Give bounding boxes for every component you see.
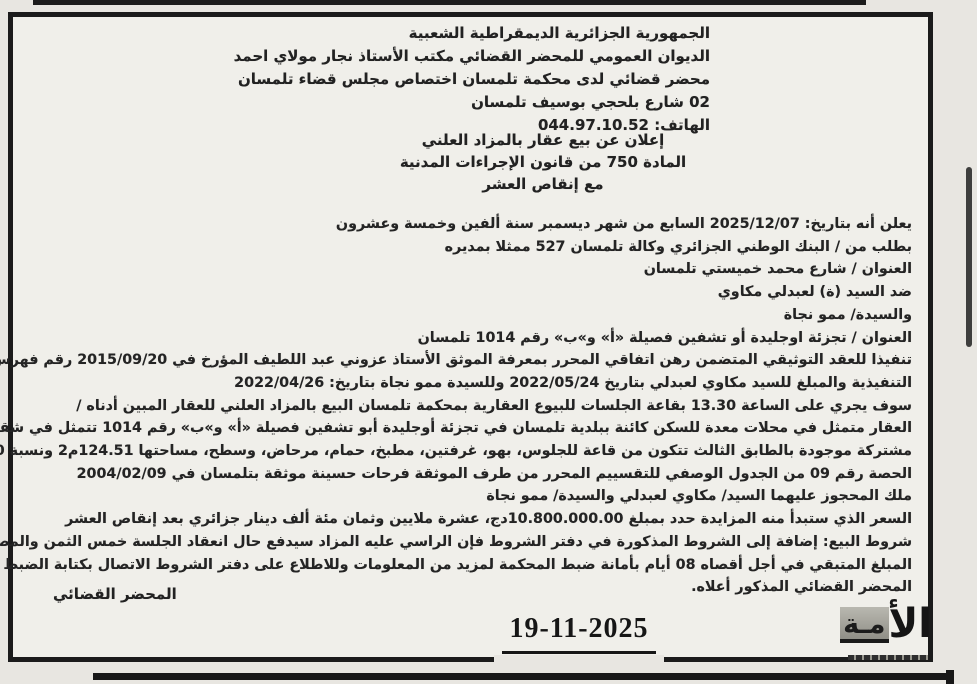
adjacent-frame-edge-bottom [93, 673, 948, 680]
notice-header: الجمهورية الجزائرية الديمقراطية الشعبية … [238, 22, 710, 137]
republic-title: الجمهورية الجزائرية الديمقراطية الشعبية [286, 22, 710, 45]
body-line: الحصة رقم 09 من الجدول الوصفي للتقسييم ا… [0, 463, 912, 486]
logo-text-ma: مـة [840, 607, 888, 643]
body-line: تنفيذا للعقد التوثيقي المتضمن رهن اتفاقي… [0, 349, 912, 372]
body-line: السعر الذي ستبدأ منه المزايدة حدد بمبلغ … [0, 508, 912, 531]
publication-date: 19-11-2025 [497, 613, 661, 645]
notice-title-line2: المادة 750 من قانون الإجراءات المدنية [383, 151, 703, 173]
body-line: بطلب من / البنك الوطني الجزائري وكالة تل… [0, 236, 912, 259]
notice-title: إعلان عن بيع عقار بالمزاد العلني المادة … [383, 129, 703, 195]
body-line: مشتركة موجودة بالطابق الثالث تتكون من قا… [0, 440, 912, 463]
body-line: يعلن أنه بتاريخ: 2025/12/07 السابع من شه… [0, 213, 912, 236]
logo-tagline-wrap [810, 647, 932, 663]
body-line: والسيدة/ ممو نجاة [0, 304, 912, 327]
body-line: شروط البيع: إضافة إلى الشروط المذكورة في… [0, 531, 912, 554]
newspaper-logo: الأمـة [810, 604, 932, 663]
body-line: العنوان / شارع محمد خميستي تلمسان [0, 258, 912, 281]
body-line: العنوان / تجزئة اوجليدة أو تشفين فصيلة «… [0, 327, 912, 350]
border-gap [494, 655, 664, 669]
body-line: ملك المحجوز عليهما السيد/ مكاوي لعبدلي و… [0, 485, 912, 508]
notice-title-line1: إعلان عن بيع عقار بالمزاد العلني [383, 129, 703, 151]
body-line: سوف يجري على الساعة 13.30 بقاعة الجلسات … [0, 395, 912, 418]
date-underline [502, 651, 656, 654]
body-line: التنفيذية والمبلغ للسيد مكاوي لعبدلي بتا… [0, 372, 912, 395]
logo-text-alef: الأ [889, 601, 933, 647]
signature-line: المحضر القضائي [53, 585, 177, 603]
adjacent-frame-corner [946, 670, 954, 684]
auction-notice-frame: الجمهورية الجزائرية الديمقراطية الشعبية … [8, 12, 933, 662]
scanned-newspaper-clipping: الجمهورية الجزائرية الديمقراطية الشعبية … [0, 0, 977, 684]
logo-tagline [848, 655, 928, 660]
scan-artifact-streak [966, 167, 972, 347]
notice-body: يعلن أنه بتاريخ: 2025/12/07 السابع من شه… [0, 213, 912, 599]
office-address-line: 02 شارع بلحجي بوسيف تلمسان [238, 91, 710, 114]
body-line: العقار متمثل في محلات معدة للسكن كائنة ب… [0, 417, 912, 440]
bailiff-jurisdiction-line: محضر قضائي لدى محكمة تلمسان اختصاص مجلس … [238, 68, 710, 91]
notice-title-line3: مع إنقاص العشر [383, 173, 703, 195]
body-line: ضد السيد (ة) لعبدلي مكاوي [0, 281, 912, 304]
adjacent-frame-edge-top [33, 0, 866, 5]
bailiff-office-line: الديوان العمومي للمحضر القضائي مكتب الأس… [216, 45, 710, 68]
body-line: المبلغ المتبقي في أجل أقصاه 08 أيام بأما… [0, 554, 912, 577]
